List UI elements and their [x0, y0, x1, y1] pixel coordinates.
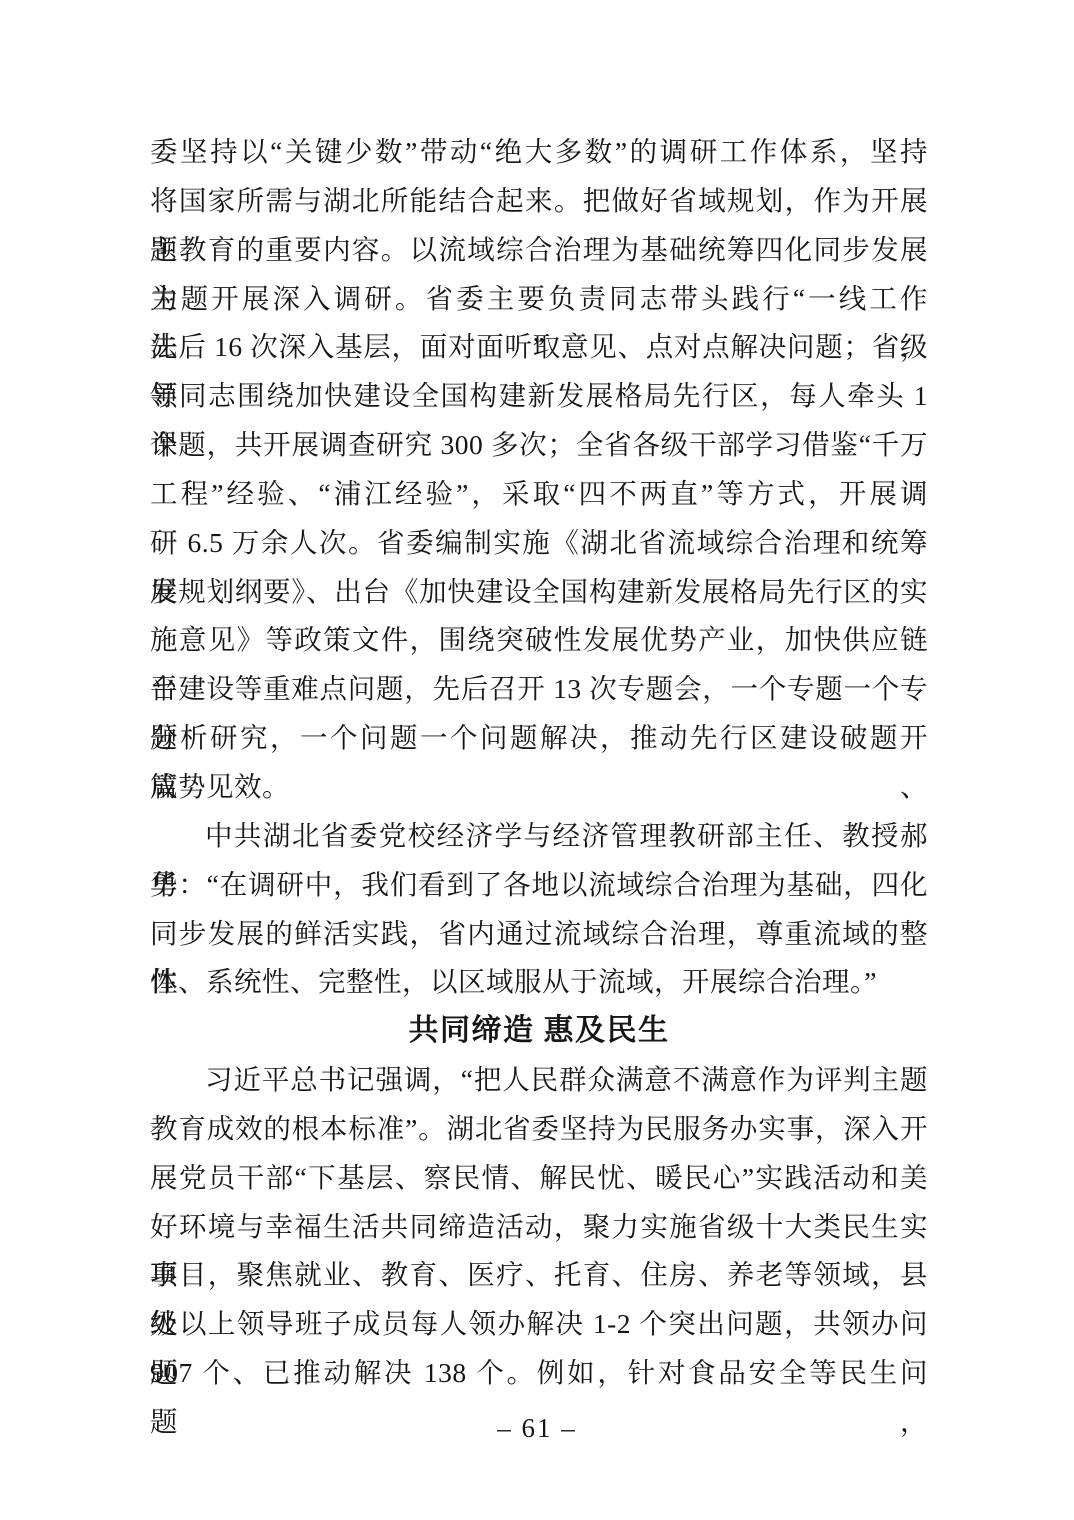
- text-line: 委坚持以“关键少数”带动“绝大多数”的调研工作体系，坚持: [150, 128, 928, 177]
- page-number: – 61 –: [0, 1404, 1074, 1452]
- text-line: 同步发展的鲜活实践，省内通过流域综合治理，尊重流域的整体: [150, 910, 928, 959]
- text-line: 台建设等重难点问题，先后召开 13 次专题会，一个专题一个专题: [150, 665, 928, 714]
- text-line: 中共湖北省委党校经济学与经济管理教研部主任、教授郝华: [150, 812, 928, 861]
- text-line: 导同志围绕加快建设全国构建新发展格局先行区，每人牵头 1 个: [150, 372, 928, 421]
- text-line: 项目，聚焦就业、教育、医疗、托育、住房、养老等领域，县处: [150, 1251, 928, 1300]
- text-line: 将国家所需与湖北所能结合起来。把做好省域规划，作为开展主: [150, 177, 928, 226]
- text-block: 委坚持以“关键少数”带动“绝大多数”的调研工作体系，坚持将国家所需与湖北所能结合…: [150, 128, 928, 1398]
- section-heading: 共同缔造 惠及民生: [150, 1007, 928, 1056]
- text-line: 907 个、已推动解决 138 个。例如，针对食品安全等民生问题，: [150, 1349, 928, 1398]
- text-line: 分析研究，一个问题一个问题解决，推动先行区建设破题开篇、: [150, 714, 928, 763]
- text-line: 课题，共开展调查研究 300 多次；全省各级干部学习借鉴“千万: [150, 421, 928, 470]
- text-line: 级以上领导班子成员每人领办解决 1-2 个突出问题，共领办问题: [150, 1300, 928, 1349]
- text-line: 施意见》等政策文件，围绕突破性发展优势产业，加快供应链平: [150, 616, 928, 665]
- text-line: 性、系统性、完整性，以区域服从于流域，开展综合治理。”: [150, 958, 928, 1007]
- text-line: 教育成效的根本标准”。湖北省委坚持为民服务办实事，深入开: [150, 1105, 928, 1154]
- text-line: 习近平总书记强调，“把人民群众满意不满意作为评判主题: [150, 1056, 928, 1105]
- text-line: 好环境与幸福生活共同缔造活动，聚力实施省级十大类民生实事: [150, 1203, 928, 1252]
- text-line: 题教育的重要内容。以流域综合治理为基础统筹四化同步发展为: [150, 226, 928, 275]
- text-line: 主题开展深入调研。省委主要负责同志带头践行“一线工作法”，: [150, 275, 928, 324]
- text-line: 展党员干部“下基层、察民情、解民忧、暖民心”实践活动和美: [150, 1154, 928, 1203]
- text-line: 展规划纲要》、出台《加快建设全国构建新发展格局先行区的实: [150, 568, 928, 617]
- document-page: 委坚持以“关键少数”带动“绝大多数”的调研工作体系，坚持将国家所需与湖北所能结合…: [0, 0, 1074, 1520]
- text-line: 工程”经验、“浦江经验”，采取“四不两直”等方式，开展调: [150, 470, 928, 519]
- text-line: 先后 16 次深入基层，面对面听取意见、点对点解决问题；省级领: [150, 323, 928, 372]
- text-line: 勇：“在调研中，我们看到了各地以流域综合治理为基础，四化: [150, 861, 928, 910]
- text-line: 研 6.5 万余人次。省委编制实施《湖北省流域综合治理和统筹发: [150, 519, 928, 568]
